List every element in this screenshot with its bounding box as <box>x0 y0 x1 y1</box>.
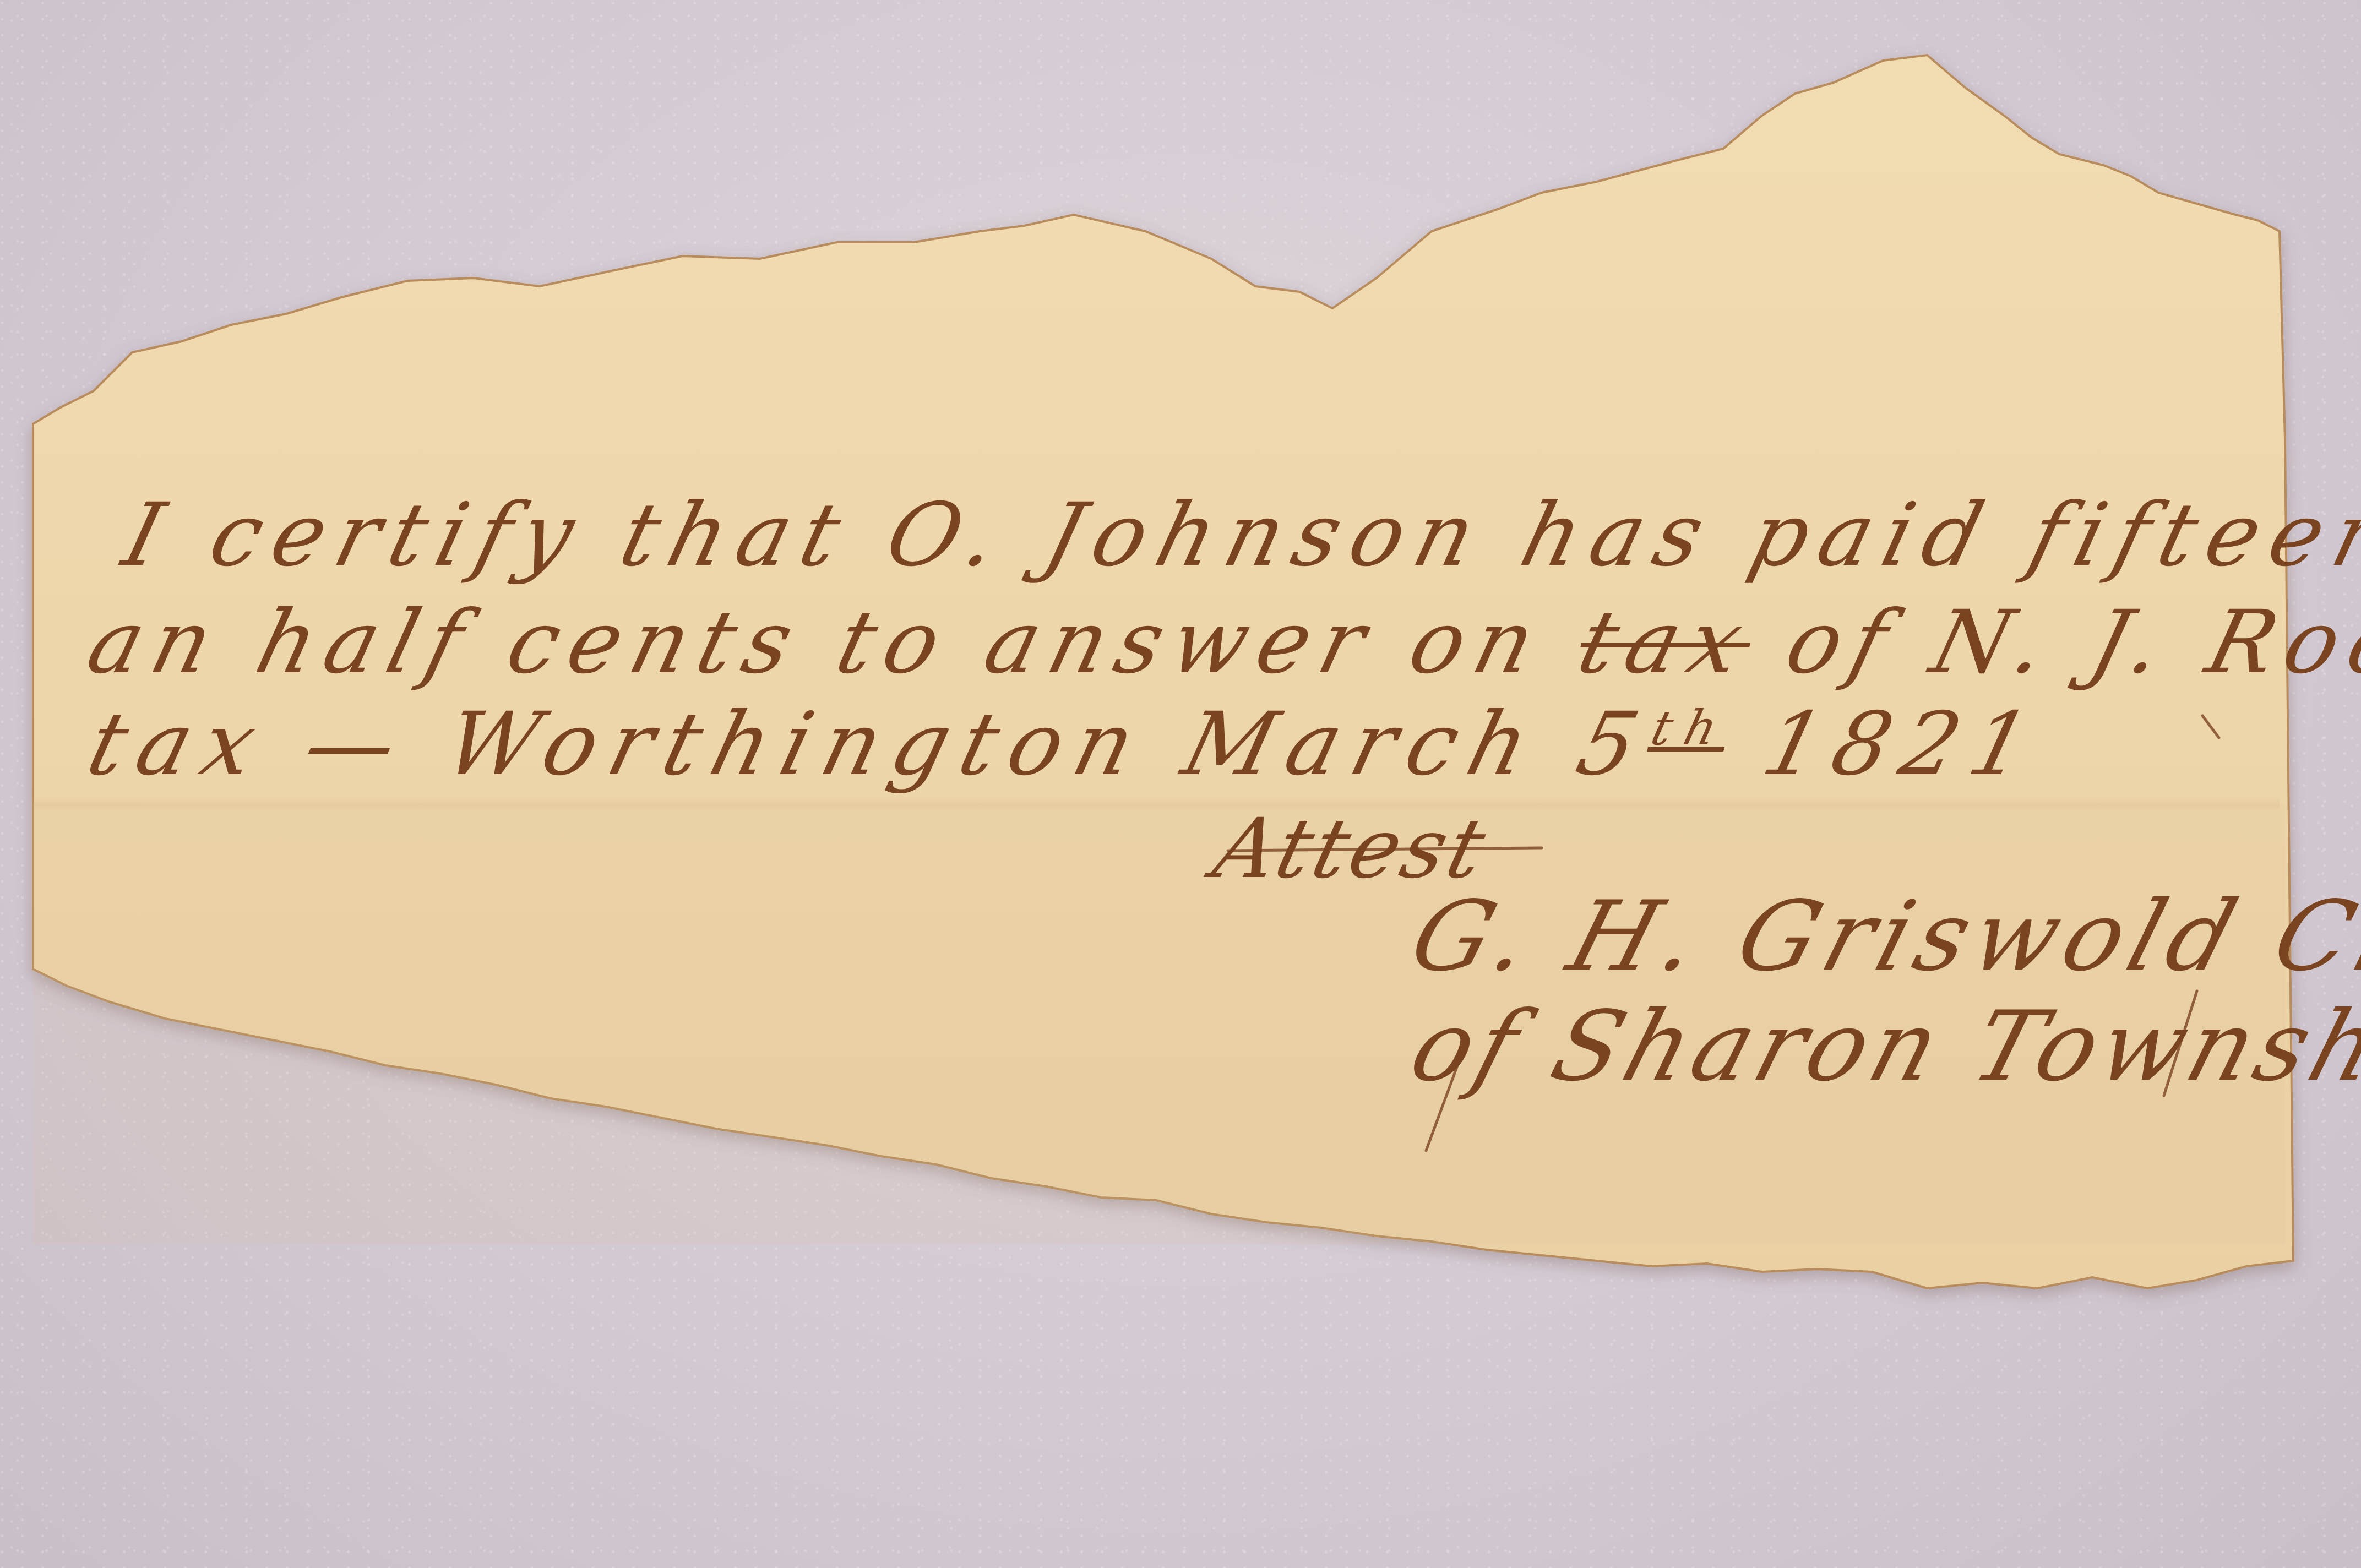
township-descender-stroke <box>2164 991 2197 1096</box>
attest-underline-stroke <box>1228 848 1542 851</box>
ink-flourishes <box>0 0 2361 1568</box>
document-paper: I certify that O. Johnson has paid fifte… <box>0 0 2361 1568</box>
signature-descender-stroke <box>1426 1046 1465 1151</box>
margin-mark-stroke <box>2202 716 2219 738</box>
